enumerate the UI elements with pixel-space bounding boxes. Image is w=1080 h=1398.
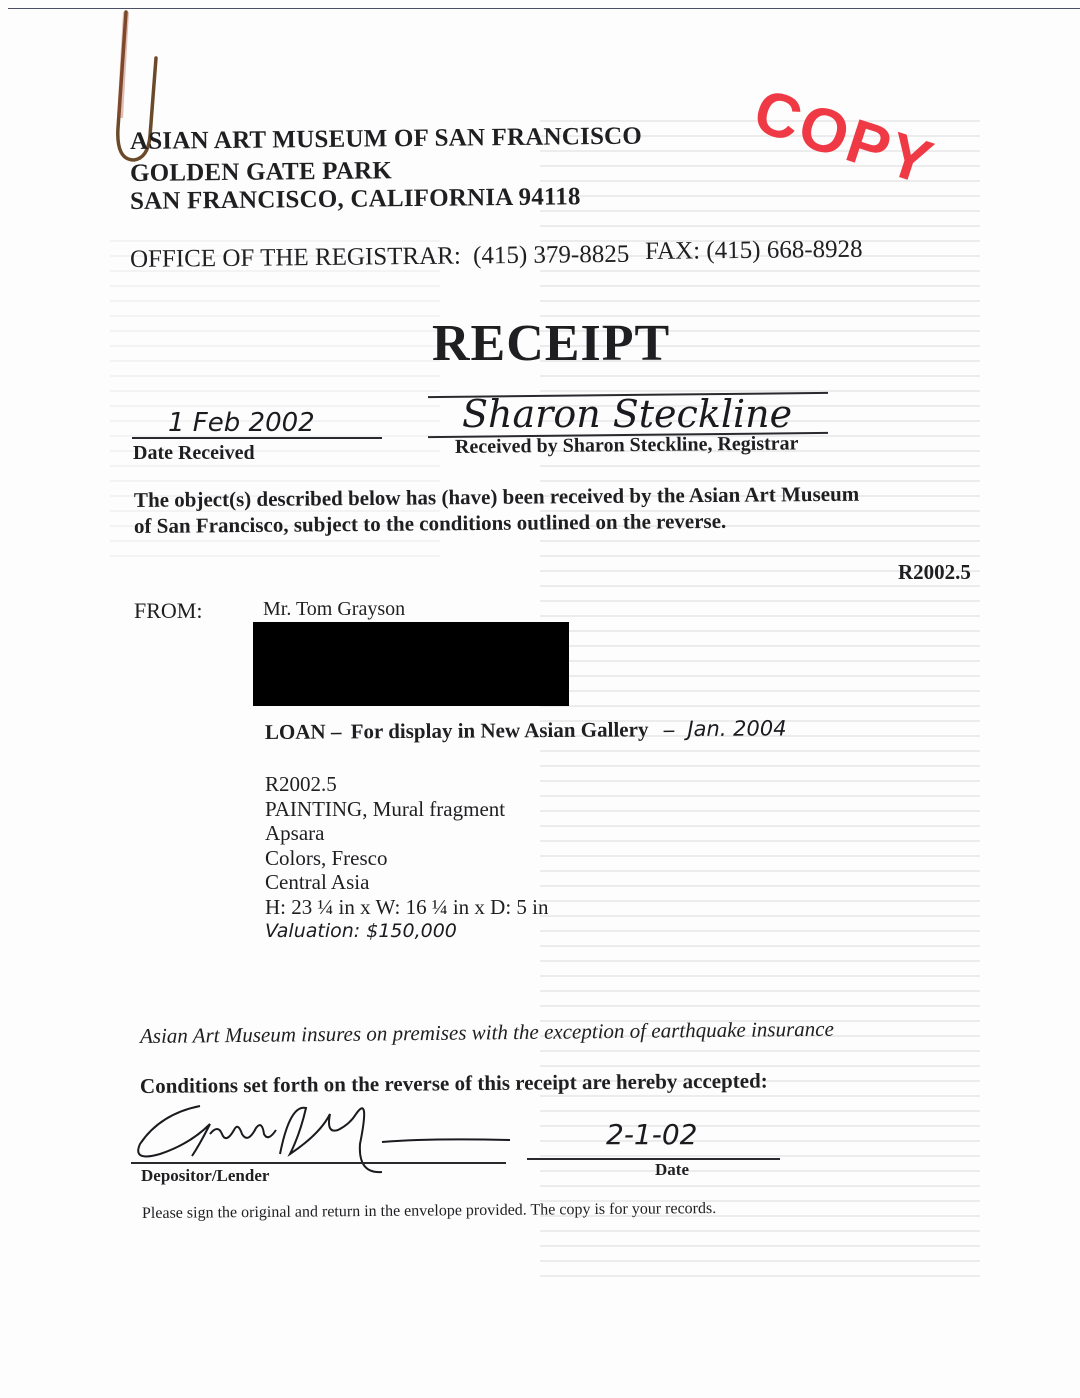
acceptance-date-value: 2-1-02	[606, 1118, 697, 1151]
from-label: FROM:	[134, 598, 202, 624]
date-received-line	[132, 437, 382, 439]
bleed-through-texture	[540, 110, 980, 1290]
page-top-edge	[8, 8, 1080, 9]
depositor-line	[131, 1162, 506, 1164]
registrar-signature: Sharon Steckline	[462, 392, 792, 436]
office-phone: (415) 379-8825	[473, 241, 630, 270]
loan-handwritten-date: Jan. 2004	[687, 716, 786, 741]
object-medium: Colors, Fresco	[265, 846, 549, 871]
object-title: Apsara	[265, 821, 549, 846]
address-line-1: GOLDEN GATE PARK	[130, 157, 392, 188]
acceptance-date-line	[527, 1158, 780, 1160]
object-classification: PAINTING, Mural fragment	[265, 797, 549, 822]
date-received-value: 1 Feb 2002	[168, 408, 315, 438]
loan-purpose: For display in New Asian Gallery	[351, 717, 649, 743]
acceptance-date-label: Date	[655, 1160, 689, 1180]
reference-number: R2002.5	[898, 560, 971, 585]
date-received-label: Date Received	[133, 442, 255, 465]
document-title: RECEIPT	[432, 314, 670, 373]
loan-dash: –	[664, 717, 675, 741]
object-details: R2002.5 PAINTING, Mural fragment Apsara …	[265, 772, 549, 944]
object-valuation: Valuation: $150,000	[265, 919, 549, 944]
statement-line-2: of San Francisco, subject to the conditi…	[134, 509, 726, 539]
registrar-office-line: OFFICE OF THE REGISTRAR: (415) 379-8825	[130, 241, 630, 274]
object-dimensions: H: 23 ¼ in x W: 16 ¼ in x D: 5 in	[265, 895, 549, 920]
loan-type: LOAN –	[265, 719, 342, 744]
redacted-address	[253, 622, 569, 706]
loan-line: LOAN – For display in New Asian Gallery …	[265, 716, 787, 745]
received-by-label: Received by Sharon Steckline, Registrar	[455, 432, 799, 459]
lender-name: Mr. Tom Grayson	[263, 598, 405, 621]
fax-number: FAX: (415) 668-8928	[645, 236, 863, 266]
object-accession: R2002.5	[265, 772, 549, 797]
address-line-2: SAN FRANCISCO, CALIFORNIA 94118	[130, 183, 581, 216]
institution-name: ASIAN ART MUSEUM OF SAN FRANCISCO	[130, 123, 642, 156]
object-origin: Central Asia	[265, 870, 549, 895]
office-label: OFFICE OF THE REGISTRAR:	[130, 243, 461, 273]
depositor-label: Depositor/Lender	[141, 1166, 269, 1186]
